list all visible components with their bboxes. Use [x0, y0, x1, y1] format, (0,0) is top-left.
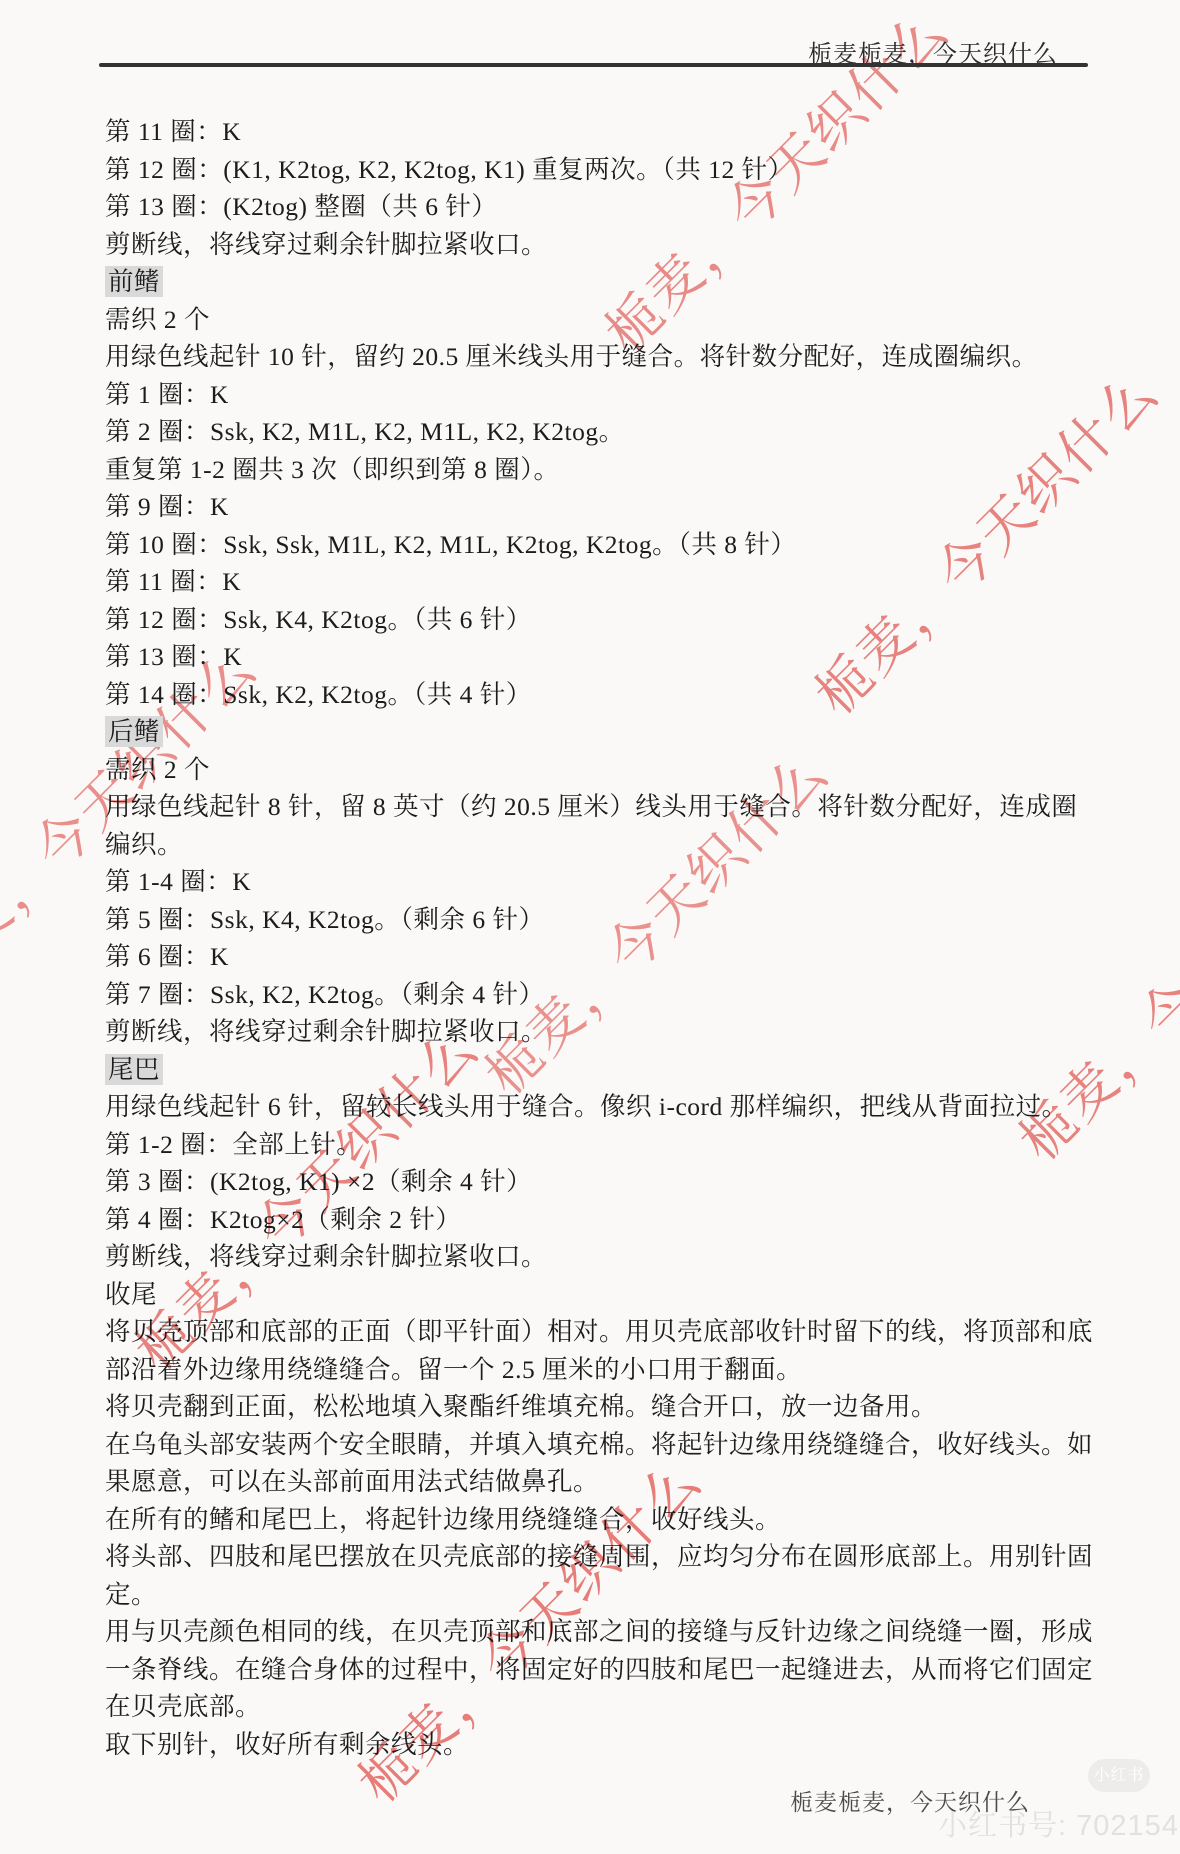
- text-line: 果愿意，可以在头部前面用法式结做鼻孔。: [105, 1463, 1105, 1501]
- text-line: 收尾: [105, 1276, 1105, 1314]
- text-line: 在所有的鳍和尾巴上，将起针边缘用绕缝缝合，收好线头。: [105, 1501, 1105, 1539]
- section-heading-line: 尾巴: [105, 1051, 1105, 1089]
- text-line: 在贝壳底部。: [105, 1688, 1105, 1726]
- text-line: 需织 2 个: [105, 751, 1105, 789]
- text-line: 编织。: [105, 826, 1105, 864]
- text-line: 第 1-4 圈：K: [105, 863, 1105, 901]
- text-line: 第 4 圈：K2tog×2（剩余 2 针）: [105, 1201, 1105, 1239]
- section-heading-line: 前鳍: [105, 263, 1105, 301]
- text-line: 第 2 圈：Ssk, K2, M1L, K2, M1L, K2, K2tog。: [105, 413, 1105, 451]
- text-line: 将贝壳顶部和底部的正面（即平针面）相对。用贝壳底部收针时留下的线，将顶部和底: [105, 1313, 1105, 1351]
- text-line: 一条脊线。在缝合身体的过程中，将固定好的四肢和尾巴一起缝进去，从而将它们固定: [105, 1651, 1105, 1689]
- document-page: 栀麦，今天织什么 栀麦，今天织什么 栀麦，今天织什么 栀麦，今天织什么 栀麦，今…: [0, 0, 1180, 1854]
- text-line: 第 1 圈：K: [105, 376, 1105, 414]
- text-line: 第 6 圈：K: [105, 938, 1105, 976]
- text-line: 取下别针，收好所有剩余线头。: [105, 1726, 1105, 1764]
- text-line: 将头部、四肢和尾巴摆放在贝壳底部的接缝周围，应均匀分布在圆形底部上。用别针固: [105, 1538, 1105, 1576]
- text-line: 第 13 圈：K: [105, 638, 1105, 676]
- text-line: 第 12 圈：Ssk, K4, K2tog。（共 6 针）: [105, 601, 1105, 639]
- text-line: 剪断线，将线穿过剩余针脚拉紧收口。: [105, 226, 1105, 264]
- text-line: 第 10 圈：Ssk, Ssk, M1L, K2, M1L, K2tog, K2…: [105, 526, 1105, 564]
- text-line: 第 5 圈：Ssk, K4, K2tog。（剩余 6 针）: [105, 901, 1105, 939]
- text-line: 第 11 圈：K: [105, 113, 1105, 151]
- xiaohongshu-logo-badge: 小红书: [1088, 1759, 1150, 1792]
- text-line: 第 14 圈：Ssk, K2, K2tog。（共 4 针）: [105, 676, 1105, 714]
- text-line: 第 11 圈：K: [105, 563, 1105, 601]
- section-heading-line: 后鳍: [105, 713, 1105, 751]
- xiaohongshu-account-watermark: 小红书号: 702154979: [938, 1803, 1180, 1844]
- text-line: 第 1-2 圈：全部上针。: [105, 1126, 1105, 1164]
- text-line: 定。: [105, 1576, 1105, 1614]
- text-line: 第 9 圈：K: [105, 488, 1105, 526]
- text-line: 用绿色线起针 8 针，留 8 英寸（约 20.5 厘米）线头用于缝合。将针数分配…: [105, 788, 1105, 826]
- text-line: 将贝壳翻到正面，松松地填入聚酯纤维填充棉。缝合开口，放一边备用。: [105, 1388, 1105, 1426]
- text-line: 需织 2 个: [105, 301, 1105, 339]
- text-line: 第 12 圈：(K1, K2tog, K2, K2tog, K1) 重复两次。（…: [105, 151, 1105, 189]
- pattern-text-body: 第 11 圈：K第 12 圈：(K1, K2tog, K2, K2tog, K1…: [105, 113, 1105, 1763]
- text-line: 剪断线，将线穿过剩余针脚拉紧收口。: [105, 1238, 1105, 1276]
- text-line: 剪断线，将线穿过剩余针脚拉紧收口。: [105, 1013, 1105, 1051]
- text-line: 用与贝壳颜色相同的线，在贝壳顶部和底部之间的接缝与反针边缘之间绕缝一圈，形成: [105, 1613, 1105, 1651]
- text-line: 第 7 圈：Ssk, K2, K2tog。（剩余 4 针）: [105, 976, 1105, 1014]
- text-line: 在乌龟头部安装两个安全眼睛，并填入填充棉。将起针边缘用绕缝缝合，收好线头。如: [105, 1426, 1105, 1464]
- text-line: 重复第 1-2 圈共 3 次（即织到第 8 圈）。: [105, 451, 1105, 489]
- header-divider-line: [99, 63, 1088, 67]
- text-line: 用绿色线起针 10 针，留约 20.5 厘米线头用于缝合。将针数分配好，连成圈编…: [105, 338, 1105, 376]
- text-line: 部沿着外边缘用绕缝缝合。留一个 2.5 厘米的小口用于翻面。: [105, 1351, 1105, 1389]
- text-line: 用绿色线起针 6 针，留较长线头用于缝合。像织 i-cord 那样编织，把线从背…: [105, 1088, 1105, 1126]
- text-line: 第 3 圈：(K2tog, K1) ×2（剩余 4 针）: [105, 1163, 1105, 1201]
- text-line: 第 13 圈：(K2tog) 整圈（共 6 针）: [105, 188, 1105, 226]
